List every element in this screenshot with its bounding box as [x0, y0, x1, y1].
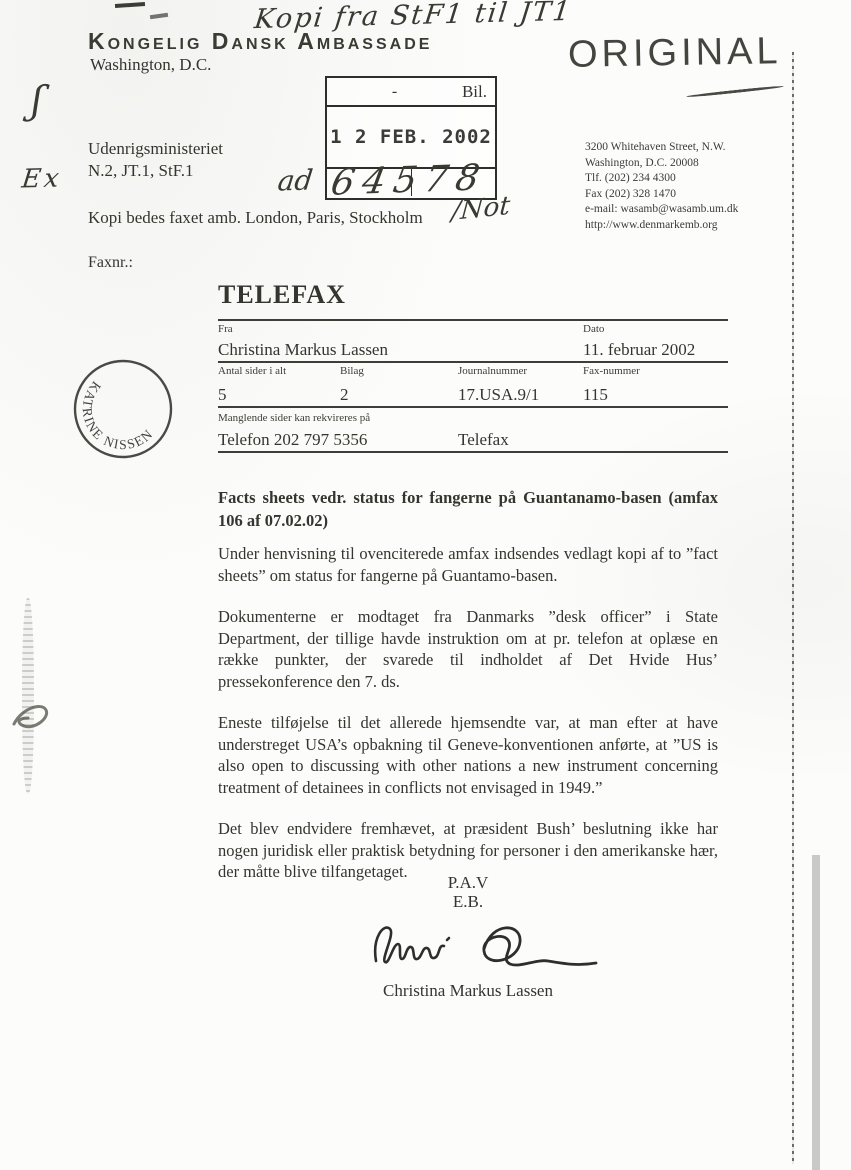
signoff-block: P.A.V E.B. Christina Markus Lassen — [218, 873, 718, 1000]
handwritten-not: /Not — [451, 191, 511, 227]
letter-body: Facts sheets vedr. status for fangerne p… — [218, 486, 718, 903]
bilag-value: 2 — [340, 385, 349, 405]
original-stamp: ORIGINAL — [568, 30, 782, 77]
antal-value: 5 — [218, 385, 227, 405]
scan-mark — [150, 13, 168, 19]
journal-label: Journalnummer — [458, 365, 527, 377]
telefon-value: Telefon 202 797 5356 — [218, 430, 367, 450]
handwritten-signature — [334, 915, 602, 979]
address-street: 3200 Whitehaven Street, N.W. — [585, 140, 738, 156]
address-email: e-mail: wasamb@wasamb.um.dk — [585, 202, 738, 218]
paragraph: Under henvisning til ovenciterede amfax … — [218, 543, 718, 586]
margin-ex-mark: Ex — [20, 163, 63, 194]
journal-value: 17.USA.9/1 — [458, 385, 539, 405]
katrine-nissen-round-stamp: KATRINE NISSEN — [70, 356, 176, 462]
scan-edge-line — [792, 52, 794, 1164]
fra-value: Christina Markus Lassen — [218, 340, 388, 360]
fra-label: Fra — [218, 323, 233, 335]
missing-pages-label: Manglende sider kan rekvireres på — [218, 412, 370, 424]
telefax-title: TELEFAX — [218, 280, 728, 310]
telefax-table: TELEFAX Fra Christina Markus Lassen Dato… — [218, 280, 728, 453]
address-city: Washington, D.C. 20008 — [585, 156, 738, 172]
handwritten-ad: ad — [276, 164, 315, 198]
binder-ring — [8, 688, 52, 746]
faxnummer-value: 115 — [583, 385, 608, 405]
stamp-dash: - — [327, 83, 462, 101]
ministry-ref: N.2, JT.1, StF.1 — [88, 160, 223, 182]
dato-label: Dato — [583, 323, 604, 335]
dato-value: 11. februar 2002 — [583, 340, 695, 360]
round-stamp-text: KATRINE NISSEN — [80, 379, 157, 452]
stamp-bil-label: Bil. — [462, 82, 495, 102]
scan-mark — [115, 2, 145, 8]
ministry-name: Udenrigsministeriet — [88, 138, 223, 160]
copy-instruction: Kopi bedes faxet amb. London, Paris, Sto… — [88, 208, 423, 228]
telefax-value: Telefax — [458, 430, 509, 450]
margin-scribble: ʃ — [29, 78, 44, 122]
scan-edge-band — [812, 855, 820, 1170]
table-row-fra-dato: Fra Christina Markus Lassen Dato 11. feb… — [218, 321, 728, 361]
address-phone: Tlf. (202) 234 4300 — [585, 171, 738, 187]
embassy-name: Kongelig Dansk Ambassade — [88, 28, 432, 55]
scanned-fax-document: Kopi fra StF1 til JT1 ʃ Ex Kongelig Dans… — [0, 0, 851, 1170]
embassy-city: Washington, D.C. — [90, 55, 211, 75]
address-fax: Fax (202) 328 1470 — [585, 187, 738, 203]
bilag-label: Bilag — [340, 365, 364, 377]
svg-text:KATRINE NISSEN: KATRINE NISSEN — [80, 379, 157, 452]
table-row-counts: Antal sider i alt 5 Bilag 2 Journalnumme… — [218, 363, 728, 406]
address-web: http://www.denmarkemb.org — [585, 218, 738, 234]
signer-name: Christina Markus Lassen — [218, 981, 718, 1000]
table-rule — [218, 451, 728, 453]
eb-line: E.B. — [218, 892, 718, 911]
handwritten-underline — [686, 85, 784, 98]
paragraph: Dokumenterne er modtaget fra Danmarks ”d… — [218, 606, 718, 692]
ministry-block: Udenrigsministeriet N.2, JT.1, StF.1 — [88, 138, 223, 182]
faxnummer-label: Fax-nummer — [583, 365, 640, 377]
faxnr-label: Faxnr.: — [88, 254, 133, 272]
antal-label: Antal sider i alt — [218, 365, 286, 377]
embassy-address-block: 3200 Whitehaven Street, N.W. Washington,… — [585, 140, 738, 233]
table-row-contact: Telefon 202 797 5356 Telefax — [218, 425, 728, 451]
subject-heading: Facts sheets vedr. status for fangerne p… — [218, 486, 718, 532]
paragraph: Eneste tilføjelse til det allerede hjems… — [218, 712, 718, 798]
pav-line: P.A.V — [218, 873, 718, 892]
